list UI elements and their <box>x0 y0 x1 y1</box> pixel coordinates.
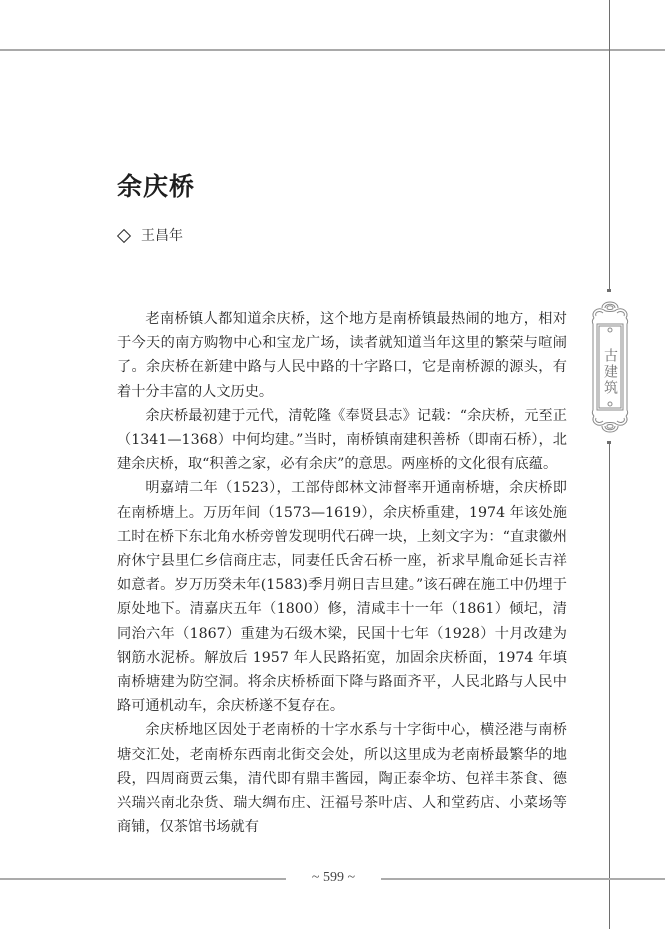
section-tab-ornament: 古建筑 <box>588 292 632 442</box>
page-number: ~ 599 ~ <box>286 869 381 887</box>
footer-rule-left <box>0 878 286 880</box>
header-rule <box>0 49 665 51</box>
margin-vertical-line-top <box>609 0 610 292</box>
footer-rule-right <box>381 878 665 880</box>
author-line: 王昌年 <box>117 226 183 246</box>
author-name: 王昌年 <box>141 226 183 246</box>
margin-vertical-line-bottom <box>609 441 610 929</box>
diamond-icon <box>117 229 131 243</box>
paragraph: 余庆桥地区因处于老南桥的十字水系与十字街中心，横泾港与南桥塘交汇处，老南桥东西南… <box>117 718 567 839</box>
article-body: 老南桥镇人都知道余庆桥，这个地方是南桥镇最热闹的地方，相对于今天的南方购物中心和… <box>117 307 567 839</box>
paragraph: 老南桥镇人都知道余庆桥，这个地方是南桥镇最热闹的地方，相对于今天的南方购物中心和… <box>117 307 567 404</box>
article-title: 余庆桥 <box>117 170 195 204</box>
section-label: 古建筑 <box>588 342 632 402</box>
paragraph: 余庆桥最初建于元代，清乾隆《奉贤县志》记载：“余庆桥，元至正（1341—1368… <box>117 404 567 477</box>
paragraph: 明嘉靖二年（1523），工部侍郎林文沛督率开通南桥塘，余庆桥即在南桥塘上。万历年… <box>117 476 567 718</box>
